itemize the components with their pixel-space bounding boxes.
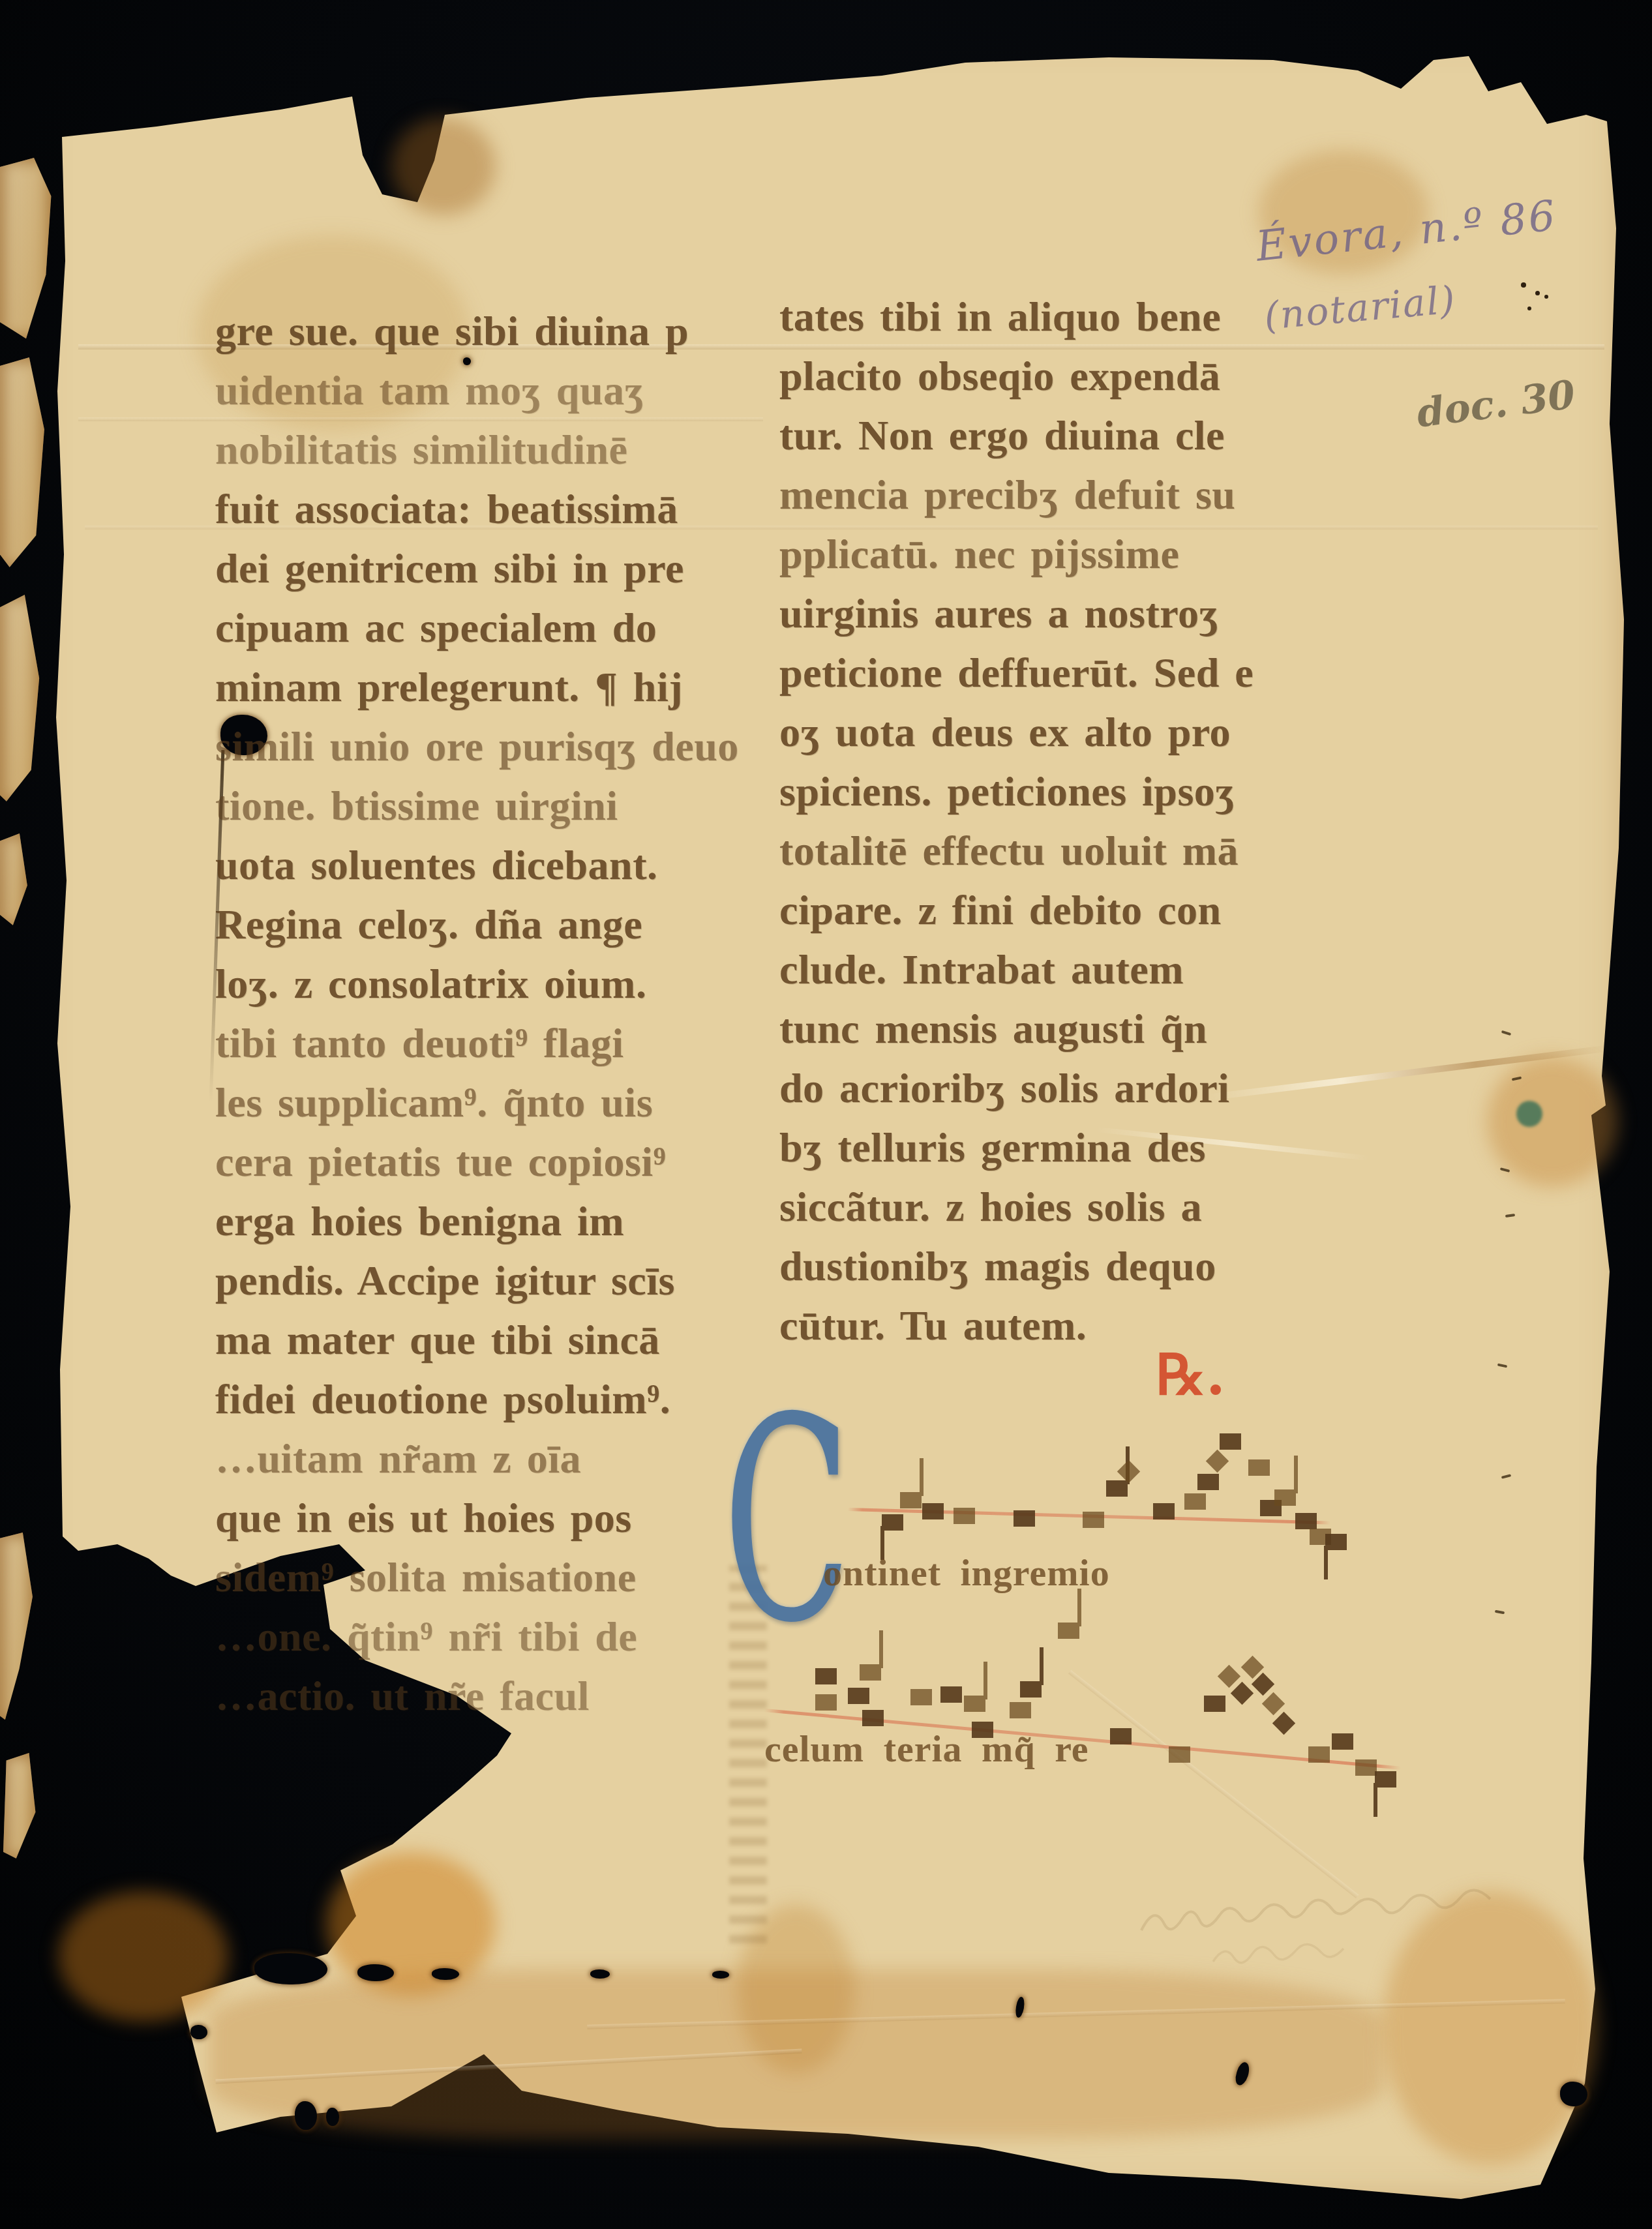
manuscript-line: les supplicam⁹. q̃nto uis [215,1073,757,1132]
manuscript-line: loʒ. z consolatrix oium. [215,954,757,1013]
neume [1184,1493,1206,1510]
parchment-sliver [0,357,46,569]
parchment-sliver [0,833,29,928]
neume [1014,1510,1035,1527]
manuscript-line: …uitam nr̃am z oīa [215,1429,757,1488]
illuminated-initial: C [723,1381,851,1662]
neume [1197,1474,1219,1490]
worm-dot [1527,307,1531,310]
manuscript-line: gre sue. que sibi diuina p [215,301,757,361]
neume [1375,1771,1396,1788]
manuscript-line: …actio. ut nr̃e facul [215,1666,757,1726]
neume [1274,1489,1296,1506]
neume [1110,1728,1132,1744]
manuscript-line: uirginis aures a nostroʒ [779,584,1321,643]
worm-dot [1535,291,1540,295]
neume [1325,1534,1347,1550]
manuscript-line: totalitē effectu uoluit mā [779,821,1321,880]
neume [1308,1746,1330,1763]
text-column-left: gre sue. que sibi diuina puidentia tam m… [215,301,757,1726]
neume [1295,1513,1317,1529]
hole [190,2025,207,2039]
manuscript-line: spiciens. peticiones ipsoʒ [779,762,1321,821]
neume [848,1688,869,1704]
neume [1058,1623,1079,1639]
neume [1153,1503,1175,1519]
manuscript-line: que in eis ut hoies pos [215,1488,757,1548]
neume [1220,1433,1241,1450]
parchment-sliver [0,158,52,340]
manuscript-line: dustionibʒ magis dequo [779,1236,1321,1296]
manuscript-line: siccãtur. z hoies solis a [779,1177,1321,1236]
manuscript-line: simili unio ore purisqʒ deuo [215,717,757,776]
neume [900,1492,922,1508]
hole [712,1971,729,1979]
neume [1169,1746,1190,1763]
faded-inscription [1135,1885,1565,1989]
manuscript-line: tates tibi in aliquo bene [779,287,1321,346]
responsory-rubric: ℞. [1156,1342,1225,1408]
manuscript-line: ma mater que tibi sincā [215,1310,757,1369]
chant-lyric-line-1: ontinet ingremio [823,1551,1110,1594]
parchment-sliver [0,595,40,803]
manuscript-line: nobilitatis similitudinē [215,420,757,479]
neume [815,1694,837,1711]
neume [860,1664,881,1681]
manuscript-line: mencia precibʒ defuit su [779,465,1321,524]
manuscript-line: minam prelegerunt. ¶ hij [215,657,757,717]
neume [964,1696,985,1712]
worm-dot [1544,295,1548,299]
manuscript-line: oʒ uota deus ex alto pro [779,702,1321,762]
neume [1106,1480,1128,1497]
manuscript-line: cera pietatis tue copiosi⁹ [215,1132,757,1191]
manuscript-line: tibi tanto deuoti⁹ flagi [215,1013,757,1073]
manuscript-line: …one. q̃tin⁹ nr̃i tibi de [215,1607,757,1666]
hole [1560,2082,1587,2106]
worm-dot [1521,282,1526,288]
neume [1020,1681,1042,1698]
manuscript-line: uidentia tam moʒ quaʒ [215,361,757,420]
hole [357,1964,394,1981]
manuscript-line: fuit associata: beatissimā [215,479,757,539]
parchment-sliver [3,1753,37,1861]
manuscript-line: placito obseqio expendā [779,346,1321,406]
neume [862,1710,884,1726]
neume [954,1508,975,1524]
manuscript-line: dei genitricem sibi in pre [215,539,757,598]
neume [1248,1459,1270,1476]
hole [254,1953,327,1984]
parchment-sliver [0,1533,34,1722]
neume [910,1689,932,1705]
manuscript-line: sidem⁹ solita misatione [215,1548,757,1607]
manuscript-line: pendis. Accipe igitur scīs [215,1251,757,1310]
manuscript-line: cipare. z fini debito con [779,880,1321,940]
manuscript-line: erga hoies benigna im [215,1191,757,1251]
manuscript-line: do acrioribʒ solis ardori [779,1058,1321,1118]
manuscript-line: Regina celoʒ. dña ange [215,895,757,954]
manuscript-line: peticione deffuerūt. Sed e [779,643,1321,702]
manuscript-line: tur. Non ergo diuina cle [779,406,1321,465]
manuscript-line: clude. Intrabat autem [779,940,1321,999]
chant-lyric-line-2: celum teria mq̃ re [764,1727,1089,1771]
neume [1083,1512,1104,1528]
hole [432,1968,459,1980]
hole [590,1969,610,1979]
neume [922,1503,944,1519]
manuscript-line: tione. btissime uirgini [215,776,757,835]
manuscript-line: fidei deuotione psoluim⁹. [215,1369,757,1429]
manuscript-line: uota soluentes dicebant. [215,835,757,895]
neume [940,1686,962,1703]
text-column-right: tates tibi in aliquo beneplacito obseqio… [779,287,1321,1355]
neume [1204,1696,1225,1712]
manuscript-photo: Évora, n.º 86 (notarial) doc. 30 gre sue… [0,0,1652,2229]
manuscript-line: tunc mensis augusti q̃n [779,999,1321,1058]
manuscript-line: cipuam ac specialem do [215,598,757,657]
hole [326,2108,339,2126]
neume [1355,1759,1377,1776]
manuscript-line: pplicatū. nec pijssime [779,524,1321,584]
manuscript-line: cūtur. Tu autem. [779,1296,1321,1355]
hole [295,2101,317,2130]
manuscript-line: bʒ telluris germina des [779,1118,1321,1177]
neume [882,1514,903,1531]
neume [1332,1733,1353,1750]
neume [815,1668,837,1684]
neume [1010,1702,1031,1718]
